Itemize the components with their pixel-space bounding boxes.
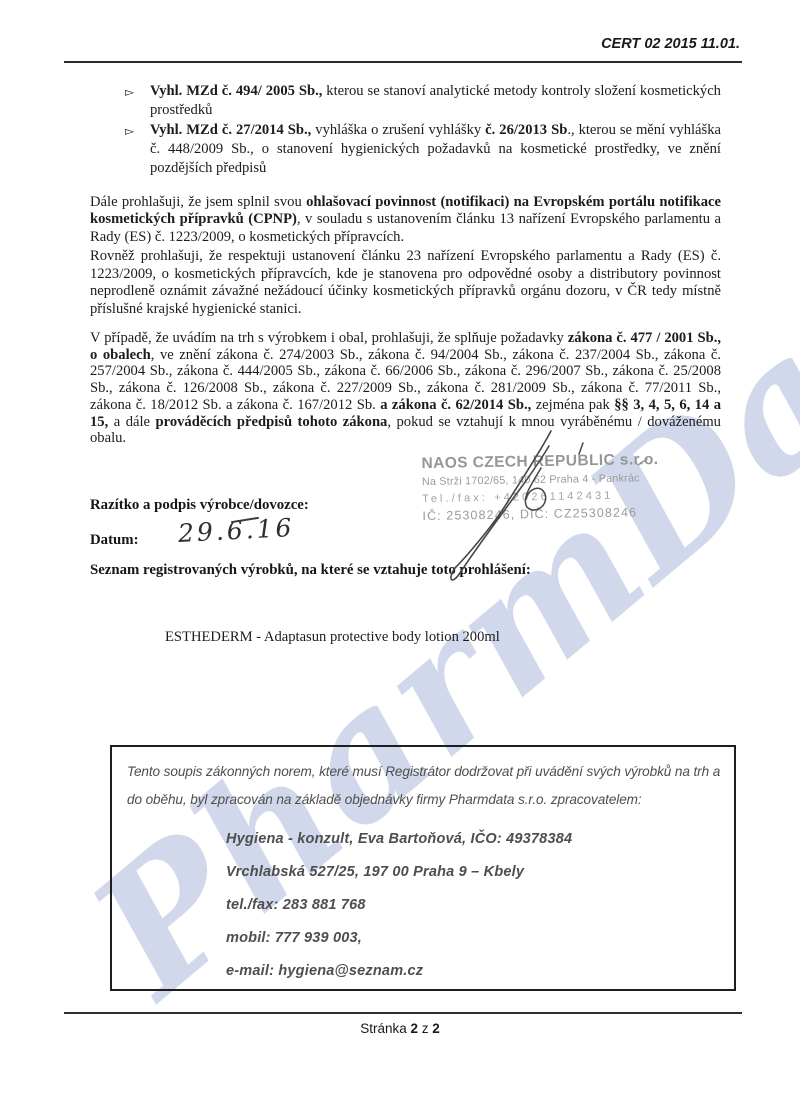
footer-total: 2 <box>432 1021 440 1036</box>
intro-line: Tento soupis zákonných norem, které musí… <box>127 757 704 785</box>
handwritten-signature <box>425 408 665 603</box>
regulation-bullet-list: ▻Vyhl. MZd č. 494/ 2005 Sb., kterou se s… <box>125 82 721 178</box>
registrar-info-box: Tento soupis zákonných norem, které musí… <box>110 745 736 991</box>
page-number-footer: Stránka 2 z 2 <box>0 1021 800 1036</box>
registered-product: ESTHEDERM - Adaptasun protective body lo… <box>165 629 500 646</box>
footer-page-num: 2 <box>410 1021 418 1036</box>
bullet-arrow-icon: ▻ <box>125 83 134 102</box>
contact-address: Vrchlabská 527/25, 197 00 Praha 9 – Kbel… <box>226 864 734 880</box>
paragraph-article-23: Rovněž prohlašuji, že respektuji ustanov… <box>90 248 721 318</box>
footer-word: Stránka <box>360 1021 410 1036</box>
bullet-text: Vyhl. MZd č. 27/2014 Sb., vyhláška o zru… <box>150 122 721 177</box>
header-rule <box>64 61 742 63</box>
footer-of-word: z <box>418 1021 432 1036</box>
contact-telfax: tel./fax: 283 881 768 <box>226 897 734 913</box>
bullet-item-vyhl-27: ▻Vyhl. MZd č. 27/2014 Sb., vyhláška o zr… <box>125 121 721 179</box>
stamp-signature-label: Razítko a podpis výrobce/dovozce: <box>90 497 309 514</box>
contact-company: Hygiena - konzult, Eva Bartoňová, IČO: 4… <box>226 831 734 847</box>
paragraph-notification: Dále prohlašuji, že jsem splnil svou ohl… <box>90 194 721 246</box>
contact-email: e-mail: hygiena@seznam.cz <box>226 963 734 979</box>
registrar-box-intro: Tento soupis zákonných norem, které musí… <box>112 747 734 813</box>
doc-code: CERT 02 2015 11.01. <box>601 36 740 52</box>
footer-rule <box>64 1012 742 1014</box>
handwritten-date: 29.6.16 <box>177 513 295 548</box>
bullet-arrow-icon: ▻ <box>125 122 134 141</box>
contact-mobile: mobil: 777 939 003, <box>226 930 734 946</box>
registrar-contacts: Hygiena - konzult, Eva Bartoňová, IČO: 4… <box>226 831 734 979</box>
intro-line: do oběhu, byl zpracován na základě objed… <box>127 785 704 813</box>
date-label: Datum: <box>90 532 139 549</box>
bullet-item-vyhl-494: ▻Vyhl. MZd č. 494/ 2005 Sb., kterou se s… <box>125 82 721 121</box>
bullet-text: Vyhl. MZd č. 494/ 2005 Sb., kterou se st… <box>150 83 721 118</box>
